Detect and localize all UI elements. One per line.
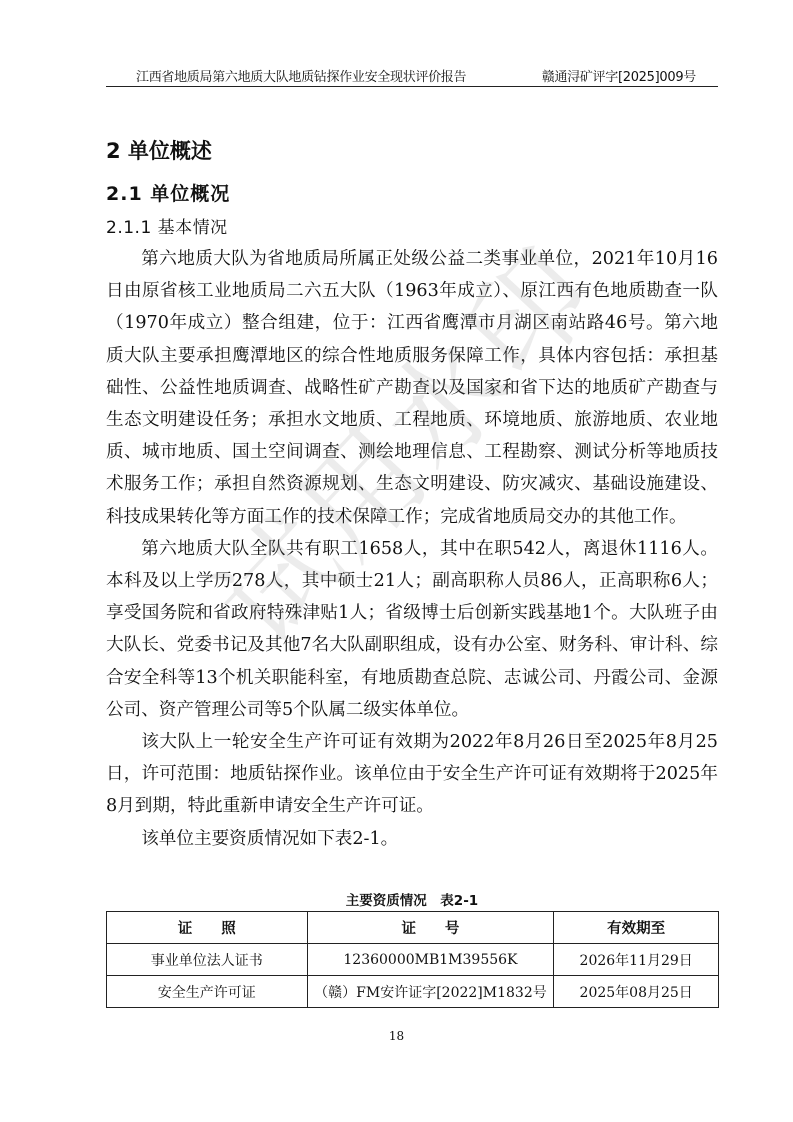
page-header: 江西省地质局第六地质大队地质钻探作业安全现状评价报告 赣通浔矿评字[2025]0…	[106, 64, 718, 87]
column-header: 证 照	[107, 912, 308, 944]
qualification-table: 证 照 证 号 有效期至 事业单位法人证书 12360000MB1M39556K…	[106, 911, 719, 1008]
table-row: 安全生产许可证 （赣）FM安许证字[2022]M1832号 2025年08月25…	[107, 976, 719, 1008]
paragraph-overview: 第六地质大队为省地质局所属正处级公益二类事业单位，2021年10月16日由原省核…	[106, 243, 718, 533]
table-cell: 事业单位法人证书	[107, 944, 308, 976]
chapter-heading: 2 单位概述	[106, 135, 212, 165]
column-header: 有效期至	[554, 912, 719, 944]
report-title: 江西省地质局第六地质大队地质钻探作业安全现状评价报告	[136, 66, 466, 85]
table-header-row: 证 照 证 号 有效期至	[107, 912, 719, 944]
body-text: 第六地质大队为省地质局所属正处级公益二类事业单位，2021年10月16日由原省核…	[106, 243, 718, 855]
table-row: 事业单位法人证书 12360000MB1M39556K 2026年11月29日	[107, 944, 719, 976]
table-cell: 2026年11月29日	[554, 944, 719, 976]
paragraph-table-intro: 该单位主要资质情况如下表2-1。	[106, 823, 718, 855]
section-heading: 2.1 单位概况	[106, 179, 230, 206]
table-cell: （赣）FM安许证字[2022]M1832号	[307, 976, 554, 1008]
subsection-heading: 2.1.1 基本情况	[106, 213, 228, 238]
page-number: 18	[0, 1029, 793, 1043]
paragraph-license: 该大队上一轮安全生产许可证有效期为2022年8月26日至2025年8月25日，许…	[106, 726, 718, 823]
table-cell: 安全生产许可证	[107, 976, 308, 1008]
column-header: 证 号	[307, 912, 554, 944]
document-number: 赣通浔矿评字[2025]009号	[542, 66, 696, 85]
table-cell: 2025年08月25日	[554, 976, 719, 1008]
table-caption: 主要资质情况 表2-1	[106, 889, 718, 909]
table-cell: 12360000MB1M39556K	[307, 944, 554, 976]
paragraph-staff: 第六地质大队全队共有职工1658人，其中在职542人，离退休1116人。本科及以…	[106, 533, 718, 726]
